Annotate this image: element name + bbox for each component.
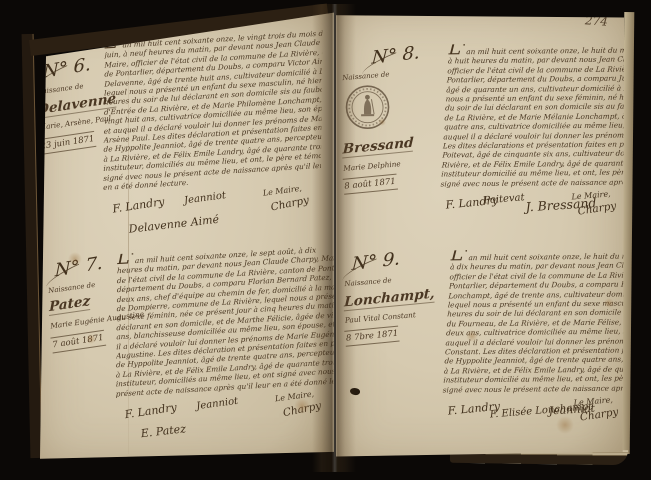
birth-act-entry-7: N° 7. Naissance de Patez Marie Eugénie A… xyxy=(46,242,341,460)
margin-label: Naissance de xyxy=(342,70,390,82)
child-surname: Lonchampt, xyxy=(344,286,435,312)
act-date: 8 7bre 1871 xyxy=(344,326,400,347)
signature: Le Maire, xyxy=(574,395,614,407)
signature-block: F. Landry F. Elisée Lonchampt Jeanniot L… xyxy=(442,395,626,445)
entry-number: N° 7. xyxy=(55,253,103,282)
signature: Poitevat xyxy=(483,192,525,206)
signature-block: F. Landry Jeanniot Delavenne Aimé Le Mai… xyxy=(105,182,327,243)
child-surname: Patez xyxy=(49,293,90,316)
left-page-content: 2½ N° 6. Naissance de Delavenne Marie, A… xyxy=(33,18,342,464)
register-photograph: 2½ N° 6. Naissance de Delavenne Marie, A… xyxy=(0,0,651,480)
signature: F. Landry xyxy=(123,401,177,422)
signature: Jeanniot xyxy=(196,396,239,412)
birth-act-entry-8: N° 8. Naissance de Bressand xyxy=(342,43,626,250)
act-date: 8 août 1871 xyxy=(343,174,398,195)
manuscript-line: signé avec nous le présent acte de naiss… xyxy=(443,383,626,394)
manuscript-line: signé avec nous le présent acte de naiss… xyxy=(440,177,623,188)
entry-number: N° 8. xyxy=(371,42,420,68)
birth-act-entry-9: N° 9. Naissance de Lonchampt, Paul Vital… xyxy=(344,249,628,452)
folio-number: 274 xyxy=(585,13,609,29)
signature: E. Patez xyxy=(140,422,186,440)
child-surname: Bressand xyxy=(342,135,414,159)
act-date: 7 août 1871 xyxy=(50,330,105,354)
entry-8-margin: N° 8. Naissance de Bressand xyxy=(342,44,440,192)
child-given-names: Paul Vital Constant xyxy=(345,308,441,325)
signature: Le Maire, xyxy=(572,189,612,201)
entry-number: N° 6. xyxy=(43,54,91,83)
left-page: 2½ N° 6. Naissance de Delavenne Marie, A… xyxy=(34,8,334,468)
right-page: 274 N° 8. Naissance de xyxy=(336,6,630,468)
entry-number: N° 9. xyxy=(351,248,400,274)
right-page-content: N° 8. Naissance de Bressand xyxy=(342,31,628,462)
child-given-names: Marie Eugénie Augustine xyxy=(50,313,115,330)
entry-7-margin: N° 7. Naissance de Patez Marie Eugénie A… xyxy=(46,255,115,352)
signature-block: F. Landry Poitevat J. Bressand Le Maire,… xyxy=(439,189,623,239)
book-cover-edge xyxy=(22,34,43,458)
entry-6-margin: 2½ N° 6. Naissance de Delavenne Marie, A… xyxy=(33,39,103,153)
signature: Charpy xyxy=(270,194,310,213)
signature: F. Landry xyxy=(111,195,165,216)
margin-label: Naissance de xyxy=(36,82,84,96)
signature: Delavenne Aimé xyxy=(128,213,220,236)
margin-label: Naissance de xyxy=(344,276,392,288)
act-date: 23 juin 1871 xyxy=(39,131,97,155)
act-body-text: L'an mil huit cent soixante onze, le hui… xyxy=(443,248,634,394)
child-given-names: Marie Delphine xyxy=(343,156,439,173)
round-official-stamp-icon xyxy=(344,83,439,134)
act-body-text: L'an mil huit cent soixante onze, le vin… xyxy=(103,26,322,193)
act-body-text: L'an mil huit cent soixante onze, le sep… xyxy=(116,241,335,398)
signature: Jeanniot xyxy=(184,190,227,206)
birth-act-entry-6: 2½ N° 6. Naissance de Delavenne Marie, A… xyxy=(33,26,329,256)
act-body-text: L'an mil huit cent soixante onze, le hui… xyxy=(440,42,631,188)
signature: Charpy xyxy=(282,400,322,419)
entry-9-margin: N° 9. Naissance de Lonchampt, Paul Vital… xyxy=(344,250,441,344)
